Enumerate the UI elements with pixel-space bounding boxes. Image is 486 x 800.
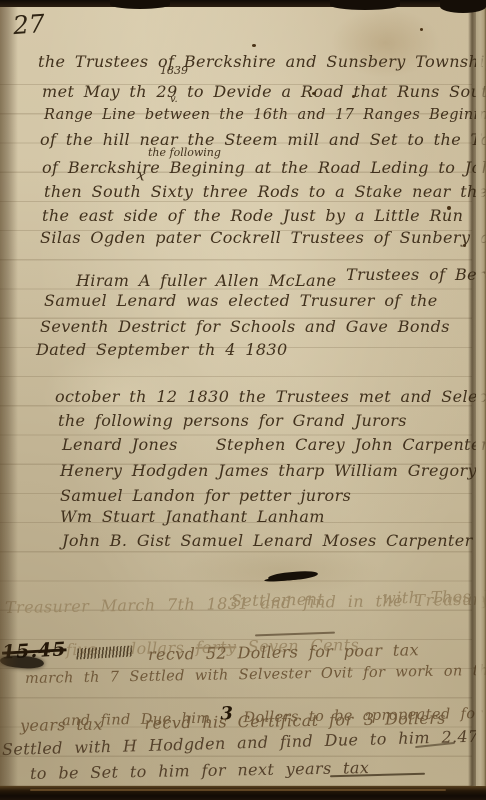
- manuscript-line: to be Set to him for next years tax: [30, 758, 370, 783]
- manuscript-line: John B. Gist Samuel Lenard Moses Carpent…: [62, 531, 473, 550]
- manuscript-line: of Berckshire Begining at the Road Ledin…: [42, 158, 486, 177]
- manuscript-line: Samuel Landon for petter jurors: [60, 486, 351, 505]
- book-top-edge-shadow: [110, 0, 170, 9]
- manuscript-line: Henery Hodgden James tharp William Grego…: [60, 461, 477, 480]
- manuscript-line: Lenard Jones Stephen Carey John Carpente…: [62, 435, 486, 454]
- manuscript-line: then South Sixty three Rods to a Stake n…: [44, 182, 486, 201]
- manuscript-line: Dated September th 4 1830: [36, 340, 288, 359]
- manuscript-line: Samuel Lenard was elected Trusurer of th…: [44, 291, 438, 310]
- ink-speck: [252, 44, 256, 47]
- manuscript-line: recvd 52 Dollers for poar tax: [148, 640, 419, 664]
- manuscript-line: Seventh Destrict for Schools and Gave Bo…: [40, 317, 450, 336]
- manuscript-line: the following persons for Grand Jurors: [58, 411, 407, 430]
- inserted-year: 1839: [160, 64, 188, 77]
- ledger-page-scan: 27 the Trustees of Berckshire and Sunsbe…: [0, 0, 486, 800]
- ink-speck: [420, 28, 423, 31]
- manuscript-line: Range Line between the 16th and 17 Range…: [44, 107, 486, 123]
- raised-text: Trustees of Berckshire: [346, 265, 486, 284]
- caret-mark: v.: [170, 94, 178, 105]
- manuscript-line: met May th 29 to Devide a Road that Runs…: [42, 82, 486, 101]
- manuscript-line: the east side of the Rode Just by a Litt…: [42, 206, 463, 225]
- book-bottom-highlight: [30, 789, 446, 791]
- manuscript-line: the Trustees of Berckshire and Sunsbery …: [38, 52, 486, 71]
- line-text: Hiram A fuller Allen McLane: [76, 271, 346, 290]
- manuscript-line: Silas Ogden pater Cockrell Trustees of S…: [40, 228, 486, 247]
- page-left-edge-shadow: [0, 0, 18, 800]
- book-top-edge: [0, 0, 486, 7]
- adjacent-page-edge: [476, 0, 486, 800]
- manuscript-line: october th 12 1830 the Trustees met and …: [55, 387, 486, 406]
- manuscript-line: of the hill near the Steem mill and Set …: [40, 130, 486, 149]
- book-top-edge-shadow: [440, 0, 486, 13]
- manuscript-line: Wm Stuart Janathant Lanham: [60, 507, 325, 526]
- book-top-edge-shadow: [330, 0, 400, 10]
